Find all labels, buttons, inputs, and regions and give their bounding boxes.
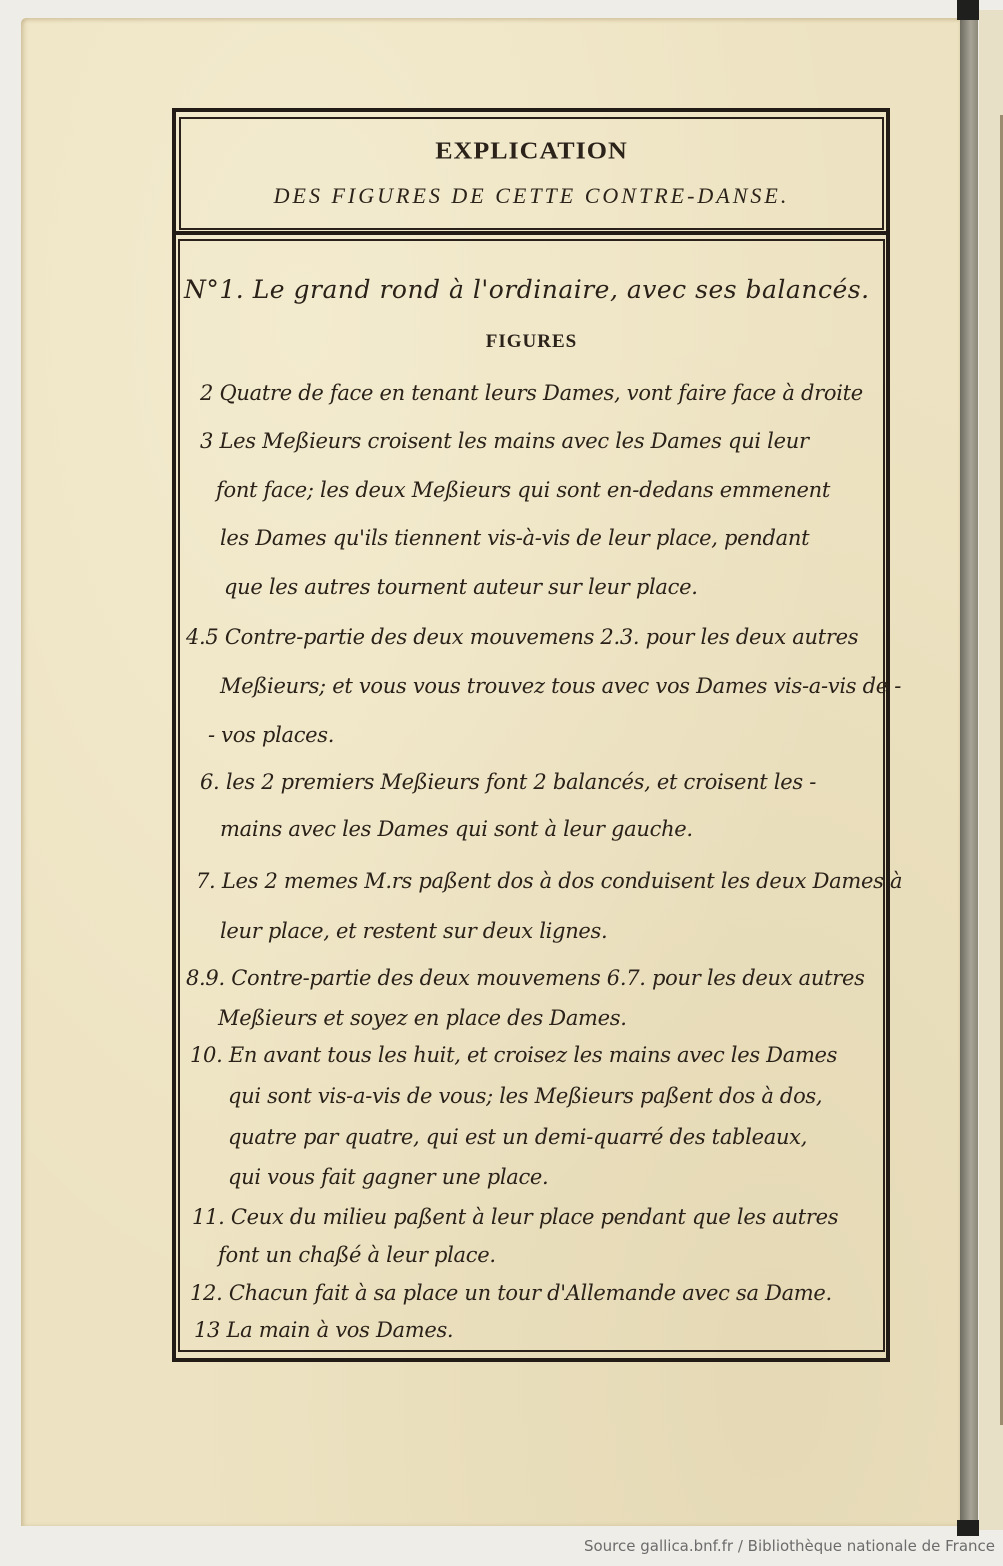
source-credit: Source gallica.bnf.fr / Bibliothèque nat… bbox=[584, 1537, 995, 1555]
document-subtitle: DES FIGURES DE CETTE CONTRE-DANSE. bbox=[179, 183, 884, 209]
figure-line: les Dames qu'ils tiennent vis-à-vis de l… bbox=[220, 526, 809, 550]
figure-number: 6. bbox=[200, 770, 219, 794]
figure-line: leur place, et restent sur deux lignes. bbox=[220, 919, 607, 943]
figure-text: La main à vos Dames. bbox=[227, 1318, 454, 1342]
figure-line: quatre par quatre, qui est un demi-quarr… bbox=[228, 1125, 807, 1149]
figure-text: mains avec les Dames qui sont à leur gau… bbox=[220, 817, 693, 841]
figure-text: En avant tous les huit, et croisez les m… bbox=[229, 1043, 837, 1067]
figure-line: font un chaßé à leur place. bbox=[218, 1243, 496, 1267]
figure-text: les 2 premiers Meßieurs font 2 balancés,… bbox=[226, 770, 816, 794]
figure-text: Ceux du milieu paßent à leur place penda… bbox=[231, 1205, 838, 1229]
figure-line: 8.9. Contre-partie des deux mouvemens 6.… bbox=[186, 966, 865, 990]
figure-line: 7. Les 2 memes M.rs paßent dos à dos con… bbox=[196, 869, 902, 893]
figure-number: 11. bbox=[192, 1205, 225, 1229]
figure-line: qui vous fait gagner une place. bbox=[228, 1165, 548, 1189]
figure-line: qui sont vis-a-vis de vous; les Meßieurs… bbox=[228, 1084, 822, 1108]
figure-text: que les autres tournent auteur sur leur … bbox=[224, 575, 698, 599]
figure-line: 6. les 2 premiers Meßieurs font 2 balanc… bbox=[200, 770, 816, 794]
figure-text: Meßieurs et soyez en place des Dames. bbox=[218, 1006, 627, 1030]
figure-line: 13 La main à vos Dames. bbox=[194, 1318, 453, 1342]
intro-text: Le grand rond à l'ordinaire, avec ses ba… bbox=[253, 275, 870, 304]
figure-text: quatre par quatre, qui est un demi-quarr… bbox=[228, 1125, 807, 1149]
figure-number: 4.5 bbox=[186, 625, 219, 649]
figure-line: - vos places. bbox=[208, 723, 334, 747]
figure-number: 7. bbox=[196, 869, 215, 893]
figure-line: 11. Ceux du milieu paßent à leur place p… bbox=[192, 1205, 838, 1229]
figure-line: 3 Les Meßieurs croisent les mains avec l… bbox=[200, 429, 809, 453]
figure-line: font face; les deux Meßieurs qui sont en… bbox=[216, 478, 830, 502]
gutter-clip-top bbox=[957, 0, 979, 20]
figure-text: Chacun fait à sa place un tour d'Alleman… bbox=[229, 1281, 832, 1305]
frame-divider bbox=[176, 231, 887, 235]
figure-text: Quatre de face en tenant leurs Dames, vo… bbox=[219, 381, 862, 405]
section-heading: FIGURES bbox=[179, 331, 884, 353]
document-title: EXPLICATION bbox=[179, 137, 884, 166]
figure-number: 13 bbox=[194, 1318, 220, 1342]
figure-line: 12. Chacun fait à sa place un tour d'All… bbox=[190, 1281, 832, 1305]
figure-text: qui vous fait gagner une place. bbox=[228, 1165, 548, 1189]
gutter-clip-bottom bbox=[957, 1520, 979, 1536]
intro-line: N°1. Le grand rond à l'ordinaire, avec s… bbox=[184, 275, 870, 304]
figure-text: leur place, et restent sur deux lignes. bbox=[220, 919, 607, 943]
figure-line: 2 Quatre de face en tenant leurs Dames, … bbox=[200, 381, 863, 405]
title-cartouche bbox=[179, 117, 884, 230]
figure-text: Les 2 memes M.rs paßent dos à dos condui… bbox=[222, 869, 902, 893]
figure-text: Contre-partie des deux mouvemens 2.3. po… bbox=[225, 625, 858, 649]
figure-line: Meßieurs et soyez en place des Dames. bbox=[218, 1006, 627, 1030]
figure-text: - vos places. bbox=[208, 723, 334, 747]
figure-text: Les Meßieurs croisent les mains avec les… bbox=[219, 429, 808, 453]
figure-text: Meßieurs; et vous vous trouvez tous avec… bbox=[220, 674, 901, 698]
figure-number: 8.9. bbox=[186, 966, 225, 990]
book-gutter bbox=[960, 10, 978, 1526]
figure-number: 10. bbox=[190, 1043, 223, 1067]
figure-text: font face; les deux Meßieurs qui sont en… bbox=[216, 478, 830, 502]
figure-line: que les autres tournent auteur sur leur … bbox=[224, 575, 698, 599]
adjacent-page-edge bbox=[979, 10, 1003, 1530]
figure-number: 3 bbox=[200, 429, 213, 453]
figure-line: 4.5 Contre-partie des deux mouvemens 2.3… bbox=[186, 625, 858, 649]
figure-text: Contre-partie des deux mouvemens 6.7. po… bbox=[231, 966, 864, 990]
intro-number: N°1. bbox=[184, 275, 244, 304]
figure-text: les Dames qu'ils tiennent vis-à-vis de l… bbox=[220, 526, 809, 550]
figure-line: 10. En avant tous les huit, et croisez l… bbox=[190, 1043, 837, 1067]
figure-text: qui sont vis-a-vis de vous; les Meßieurs… bbox=[228, 1084, 822, 1108]
figure-number: 12. bbox=[190, 1281, 223, 1305]
figure-number: 2 bbox=[200, 381, 213, 405]
figure-line: mains avec les Dames qui sont à leur gau… bbox=[220, 817, 693, 841]
figure-text: font un chaßé à leur place. bbox=[218, 1243, 496, 1267]
figure-line: Meßieurs; et vous vous trouvez tous avec… bbox=[220, 674, 901, 698]
